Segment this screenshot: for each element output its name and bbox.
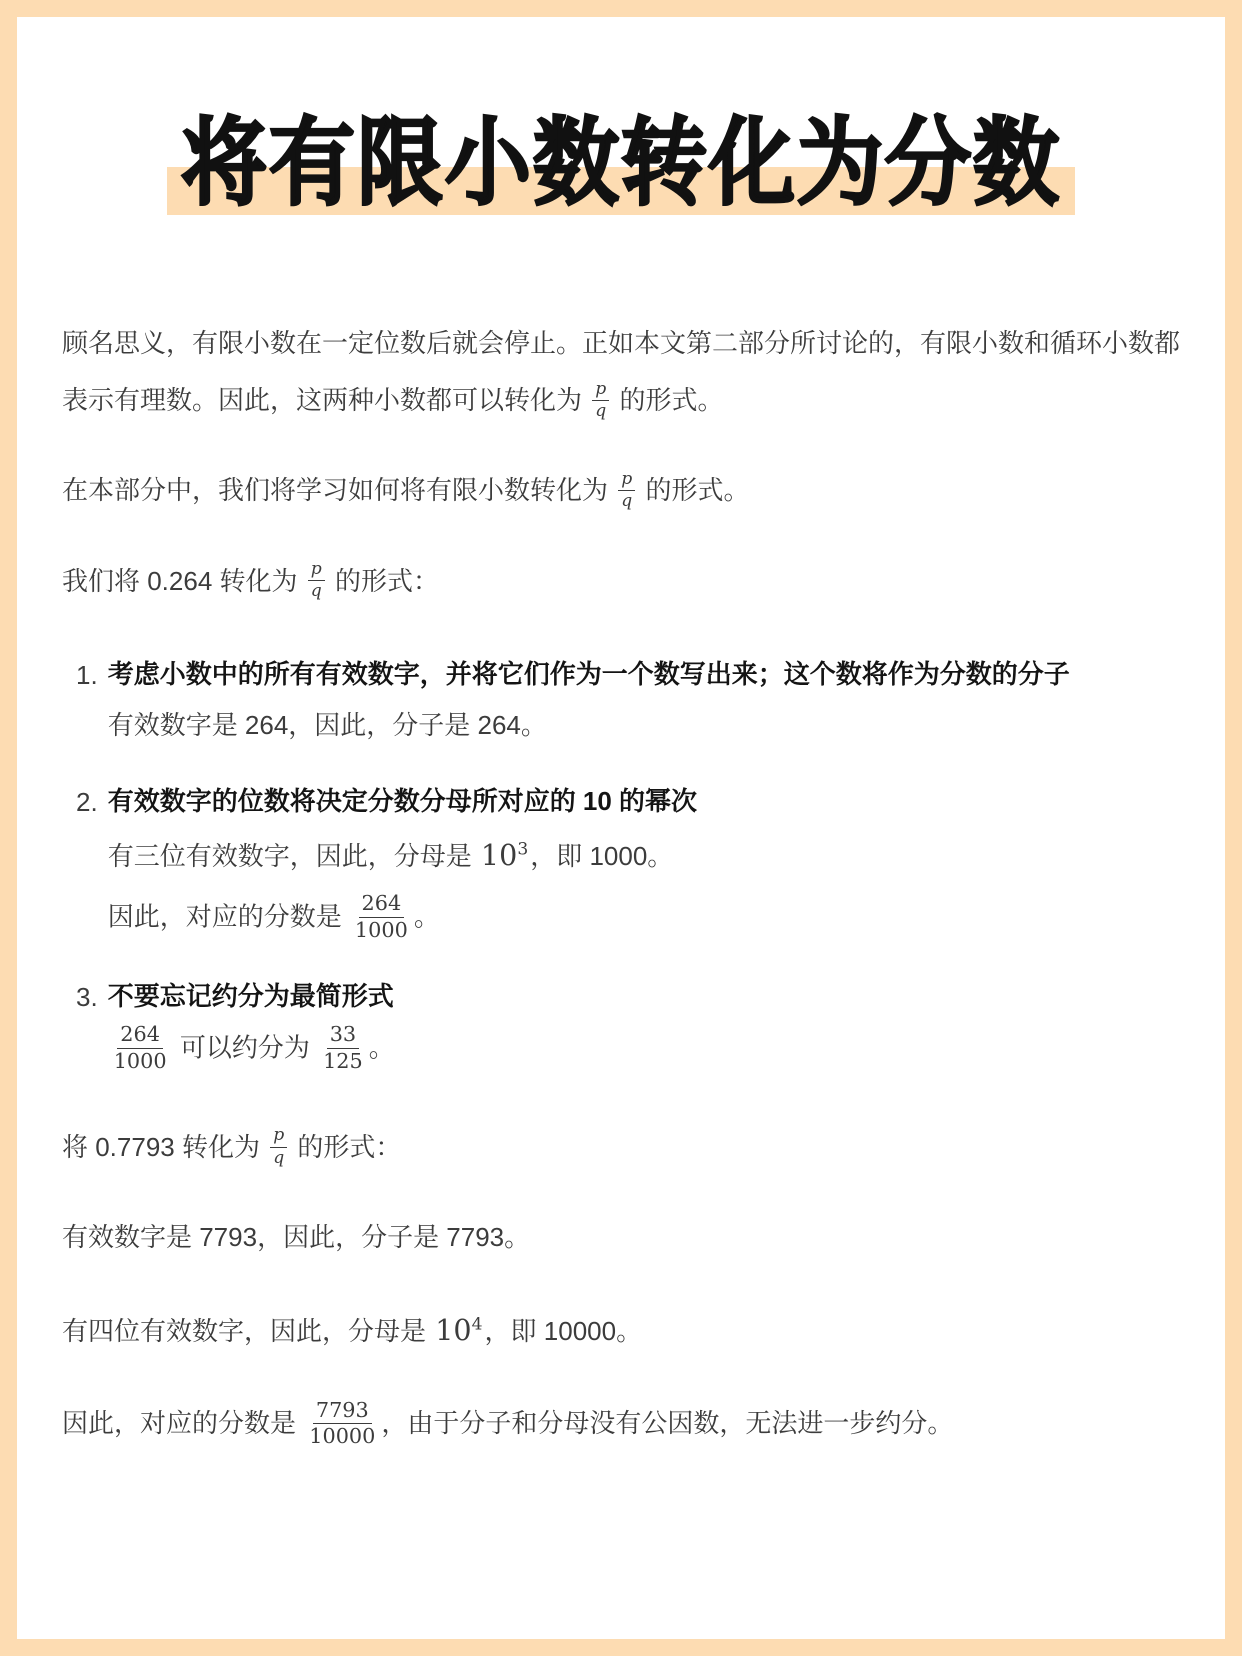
example2-denominator-text: 有四位有效数字，因此，分母是 xyxy=(62,1316,433,1346)
step-3-heading: 不要忘记约分为最简形式 xyxy=(108,974,1180,1020)
step-3: 3. 不要忘记约分为最简形式 2641000 可以约分为 33125。 xyxy=(76,974,1180,1075)
power-exponent: 3 xyxy=(517,840,528,860)
title-block: 将有限小数转化为分数 xyxy=(62,99,1180,223)
power-base: 10 xyxy=(435,1313,471,1347)
example2-denominator-tail: ，即 10000。 xyxy=(485,1316,643,1346)
fraction-264-1000: 2641000 xyxy=(111,1023,170,1073)
step-3-marker: 3. xyxy=(76,974,98,1075)
fraction-denominator: q xyxy=(592,401,609,421)
step-2-content: 有效数字的位数将决定分数分母所对应的 10 的幂次 有三位有效数字，因此，分母是… xyxy=(108,779,1180,944)
fraction-numerator: 264 xyxy=(359,892,405,917)
fraction-denominator: 10000 xyxy=(306,1424,378,1448)
step-1-heading: 考虑小数中的所有有效数字，并将它们作为一个数写出来；这个数将作为分数的分子 xyxy=(108,652,1180,698)
page-frame: 将有限小数转化为分数 顾名思义，有限小数在一定位数后就会停止。正如本文第二部分所… xyxy=(0,0,1242,1656)
fraction-denominator: q xyxy=(618,491,635,511)
intro-paragraph-2-text: 在本部分中，我们将学习如何将有限小数转化为 xyxy=(62,475,615,505)
intro-paragraph-1-tail: 的形式。 xyxy=(612,385,723,415)
step-1-content: 考虑小数中的所有有效数字，并将它们作为一个数写出来；这个数将作为分数的分子 有效… xyxy=(108,652,1180,749)
fraction-numerator: 264 xyxy=(117,1023,163,1048)
fraction-numerator: p xyxy=(618,470,635,491)
step-3-body-tail: 。 xyxy=(369,1033,395,1063)
page-content: 将有限小数转化为分数 顾名思义，有限小数在一定位数后就会停止。正如本文第二部分所… xyxy=(17,99,1225,1452)
fraction-numerator: p xyxy=(308,560,325,581)
fraction-p-q: pq xyxy=(270,1126,287,1167)
power-exponent: 4 xyxy=(472,1315,483,1335)
power-base: 10 xyxy=(481,838,517,872)
step-1: 1. 考虑小数中的所有有效数字，并将它们作为一个数写出来；这个数将作为分数的分子… xyxy=(76,652,1180,749)
step-1-marker: 1. xyxy=(76,652,98,749)
step-3-body-text: 可以约分为 xyxy=(173,1033,317,1063)
fraction-denominator: 125 xyxy=(320,1049,366,1073)
step-3-body: 2641000 可以约分为 33125。 xyxy=(108,1025,1180,1075)
example1-lead-text: 我们将 0.264 转化为 xyxy=(62,566,305,596)
example1-lead-tail: 的形式： xyxy=(328,566,439,596)
fraction-denominator: 1000 xyxy=(111,1049,170,1073)
fraction-denominator: q xyxy=(270,1148,287,1168)
fraction-numerator: p xyxy=(270,1126,287,1147)
page-title: 将有限小数转化为分数 xyxy=(167,87,1075,223)
example2-lead-text: 将 0.7793 转化为 xyxy=(62,1132,267,1162)
step-3-content: 不要忘记约分为最简形式 2641000 可以约分为 33125。 xyxy=(108,974,1180,1075)
step-2-body-2-tail: 。 xyxy=(414,902,440,932)
example2-result-tail: ，由于分子和分母没有公因数，无法进一步约分。 xyxy=(381,1408,953,1438)
power-10-4: 104 xyxy=(435,1313,482,1347)
intro-paragraph-2: 在本部分中，我们将学习如何将有限小数转化为 pq 的形式。 xyxy=(62,462,1180,519)
steps-list: 1. 考虑小数中的所有有效数字，并将它们作为一个数写出来；这个数将作为分数的分子… xyxy=(76,652,1180,1075)
intro-paragraph-1: 顾名思义，有限小数在一定位数后就会停止。正如本文第二部分所讨论的，有限小数和循环… xyxy=(62,315,1180,429)
fraction-numerator: p xyxy=(592,380,609,401)
step-2-body-1-text: 有三位有效数字，因此，分母是 xyxy=(108,841,479,871)
step-2-body-2: 因此，对应的分数是 2641000。 xyxy=(108,894,1180,944)
fraction-7793-10000: 779310000 xyxy=(306,1399,378,1449)
fraction-p-q: pq xyxy=(592,380,609,421)
example2-lead-tail: 的形式： xyxy=(290,1132,401,1162)
fraction-264-1000: 2641000 xyxy=(352,892,411,942)
step-1-body: 有效数字是 264，因此，分子是 264。 xyxy=(108,703,1180,749)
fraction-33-125: 33125 xyxy=(320,1023,366,1073)
example1-lead-paragraph: 我们将 0.264 转化为 pq 的形式： xyxy=(62,553,1180,610)
example2-numerator-paragraph: 有效数字是 7793，因此，分子是 7793。 xyxy=(62,1209,1180,1266)
example2-lead-paragraph: 将 0.7793 转化为 pq 的形式： xyxy=(62,1119,1180,1176)
example2-denominator-paragraph: 有四位有效数字，因此，分母是 104，即 10000。 xyxy=(62,1299,1180,1362)
step-2: 2. 有效数字的位数将决定分数分母所对应的 10 的幂次 有三位有效数字，因此，… xyxy=(76,779,1180,944)
step-2-body-1-tail: ，即 1000。 xyxy=(530,841,673,871)
fraction-p-q: pq xyxy=(618,470,635,511)
fraction-denominator: 1000 xyxy=(352,918,411,942)
step-2-body-1: 有三位有效数字，因此，分母是 103，即 1000。 xyxy=(108,830,1180,880)
step-2-body-2-text: 因此，对应的分数是 xyxy=(108,902,349,932)
power-10-3: 103 xyxy=(481,838,528,872)
fraction-numerator: 7793 xyxy=(313,1399,372,1424)
step-2-heading: 有效数字的位数将决定分数分母所对应的 10 的幂次 xyxy=(108,779,1180,825)
fraction-numerator: 33 xyxy=(327,1023,359,1048)
example2-result-text: 因此，对应的分数是 xyxy=(62,1408,303,1438)
step-2-marker: 2. xyxy=(76,779,98,944)
fraction-p-q: pq xyxy=(308,560,325,601)
intro-paragraph-2-tail: 的形式。 xyxy=(638,475,749,505)
example2-result-paragraph: 因此，对应的分数是 779310000，由于分子和分母没有公因数，无法进一步约分… xyxy=(62,1395,1180,1452)
fraction-denominator: q xyxy=(308,581,325,601)
